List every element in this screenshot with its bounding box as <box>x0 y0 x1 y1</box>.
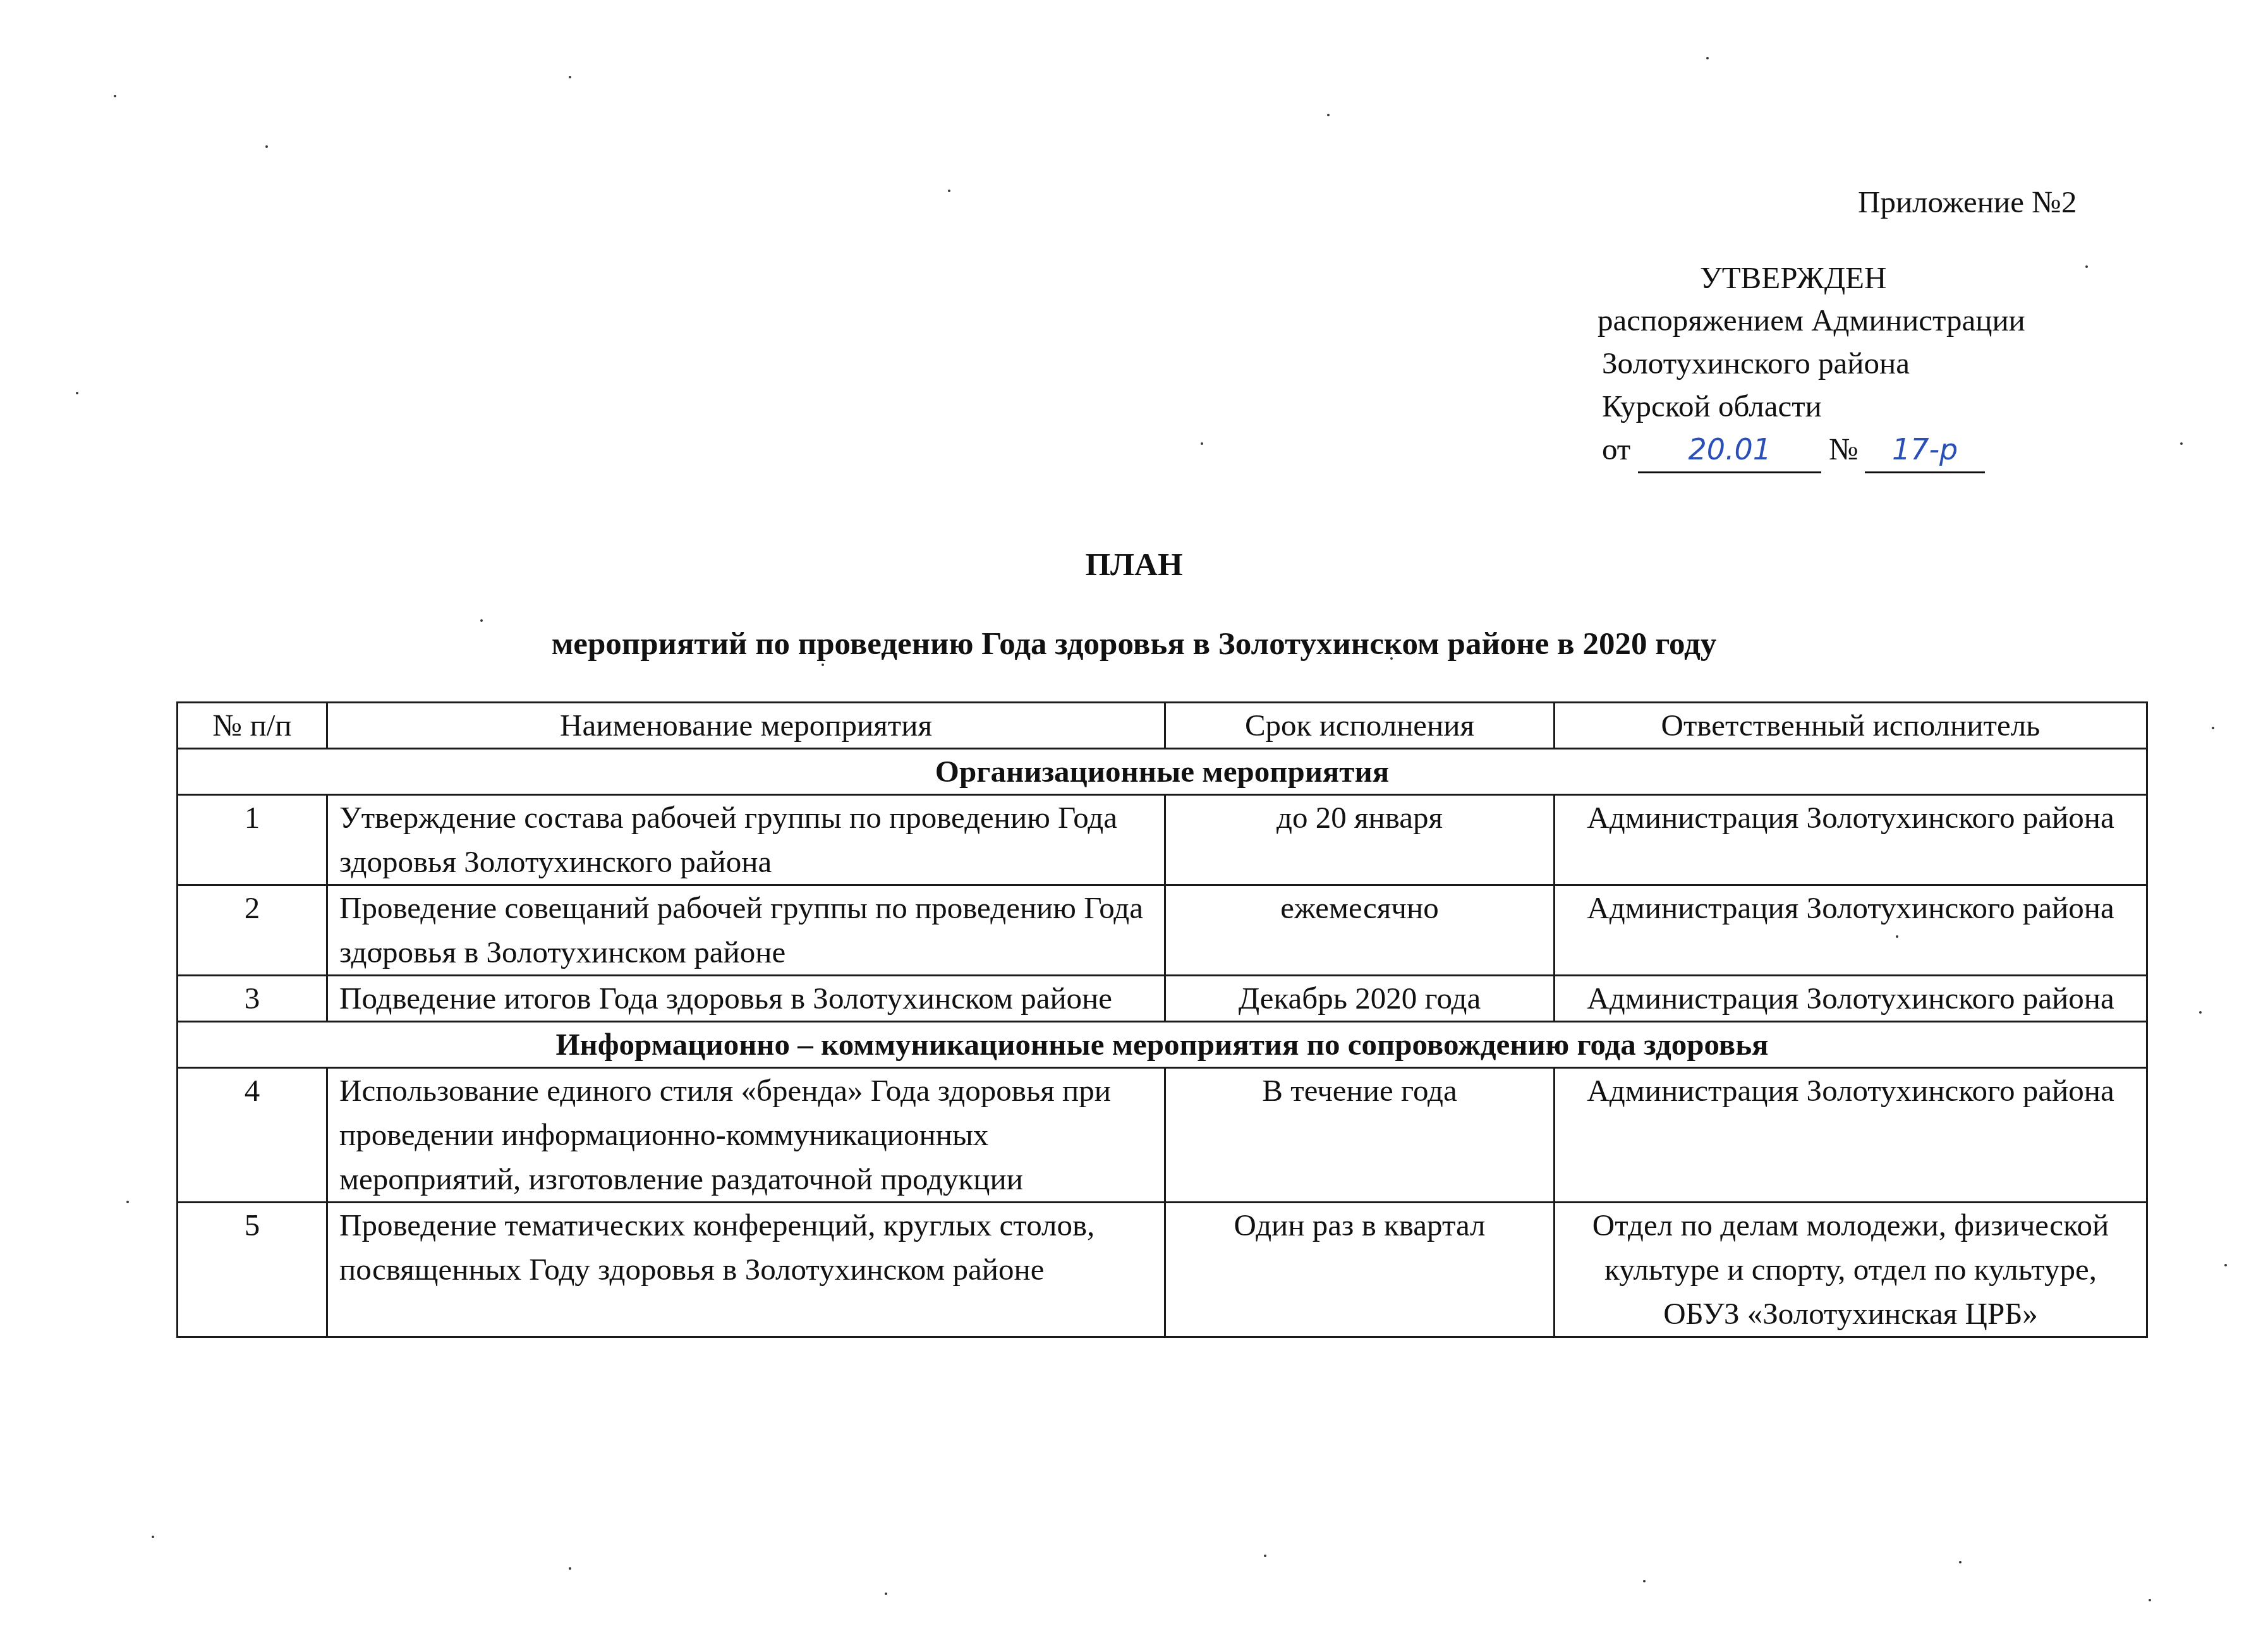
scan-speck <box>948 190 950 192</box>
event-term: до 20 января <box>1165 795 1555 885</box>
column-header-responsible: Ответственный исполнитель <box>1555 703 2147 749</box>
row-number: 4 <box>178 1068 327 1203</box>
scan-speck <box>569 76 571 78</box>
scan-speck <box>2085 265 2088 268</box>
scan-speck <box>885 1592 887 1595</box>
scan-speck <box>480 619 483 622</box>
event-responsible: Администрация Золотухинского района <box>1555 795 2147 885</box>
scan-speck <box>126 1201 129 1203</box>
scan-speck <box>1264 1555 1266 1557</box>
column-header-name: Наименование мероприятия <box>327 703 1165 749</box>
scan-speck <box>1959 1561 1962 1563</box>
table-row: 4Использование единого стиля «бренда» Го… <box>178 1068 2147 1203</box>
section-title: Организационные мероприятия <box>178 749 2147 795</box>
table-row: 1Утверждение состава рабочей группы по п… <box>178 795 2147 885</box>
table-header-row: № п/п Наименование мероприятия Срок испо… <box>178 703 2147 749</box>
plan-table: № п/п Наименование мероприятия Срок испо… <box>176 701 2148 1338</box>
event-responsible: Отдел по делам молодежи, физической куль… <box>1555 1203 2147 1337</box>
scan-speck <box>2149 1599 2151 1601</box>
scan-speck <box>1643 1580 1646 1582</box>
table-row: 2Проведение совещаний рабочей группы по … <box>178 885 2147 976</box>
approval-date-number: от20.01№17-р <box>1602 427 1985 473</box>
scan-speck <box>2224 1264 2227 1266</box>
scan-speck <box>152 1536 154 1538</box>
row-number: 2 <box>178 885 327 976</box>
approval-authority: распоряжением Администрации <box>1598 298 2025 343</box>
event-term: Один раз в квартал <box>1165 1203 1555 1337</box>
scan-speck <box>114 95 116 97</box>
section-row: Организационные мероприятия <box>178 749 2147 795</box>
event-name: Проведение тематических конференций, кру… <box>327 1203 1165 1337</box>
event-name: Проведение совещаний рабочей группы по п… <box>327 885 1165 976</box>
approval-region: Курской области <box>1602 384 1822 428</box>
event-term: В течение года <box>1165 1068 1555 1203</box>
scan-speck <box>569 1567 571 1570</box>
scan-speck <box>265 145 268 148</box>
scan-speck <box>2199 1011 2202 1014</box>
scan-speck <box>1706 57 1709 59</box>
event-responsible: Администрация Золотухинского района <box>1555 885 2147 976</box>
scan-speck <box>2212 727 2214 729</box>
document-title: ПЛАН <box>0 547 2268 583</box>
row-number: 3 <box>178 976 327 1022</box>
approved-label: УТВЕРЖДЕН <box>1700 256 1886 300</box>
scan-speck <box>1390 657 1393 660</box>
row-number: 1 <box>178 795 327 885</box>
scan-speck <box>822 664 824 666</box>
scan-speck <box>1896 935 1898 938</box>
event-name: Подведение итогов Года здоровья в Золоту… <box>327 976 1165 1022</box>
event-responsible: Администрация Золотухинского района <box>1555 1068 2147 1203</box>
date-prefix: от <box>1602 432 1630 466</box>
scan-speck <box>1201 442 1203 445</box>
event-term: ежемесячно <box>1165 885 1555 976</box>
table-row: 3Подведение итогов Года здоровья в Золот… <box>178 976 2147 1022</box>
document-subtitle: мероприятий по проведению Года здоровья … <box>0 626 2268 662</box>
column-header-number: № п/п <box>178 703 327 749</box>
scan-speck <box>379 948 382 950</box>
section-row: Информационно – коммуникационные меропри… <box>178 1022 2147 1068</box>
section-title: Информационно – коммуникационные меропри… <box>178 1022 2147 1068</box>
approval-district: Золотухинского района <box>1602 341 1910 385</box>
event-term: Декабрь 2020 года <box>1165 976 1555 1022</box>
handwritten-date: 20.01 <box>1638 427 1821 473</box>
event-name: Утверждение состава рабочей группы по пр… <box>327 795 1165 885</box>
column-header-term: Срок исполнения <box>1165 703 1555 749</box>
table-body: Организационные мероприятия1Утверждение … <box>178 749 2147 1337</box>
row-number: 5 <box>178 1203 327 1337</box>
scan-speck <box>2180 442 2183 445</box>
event-responsible: Администрация Золотухинского района <box>1555 976 2147 1022</box>
number-prefix: № <box>1829 432 1859 466</box>
handwritten-number: 17-р <box>1865 427 1985 473</box>
scan-speck <box>76 392 78 394</box>
table-row: 5Проведение тематических конференций, кр… <box>178 1203 2147 1337</box>
appendix-label: Приложение №2 <box>1858 180 2077 224</box>
event-name: Использование единого стиля «бренда» Год… <box>327 1068 1165 1203</box>
scan-speck <box>1327 114 1330 116</box>
